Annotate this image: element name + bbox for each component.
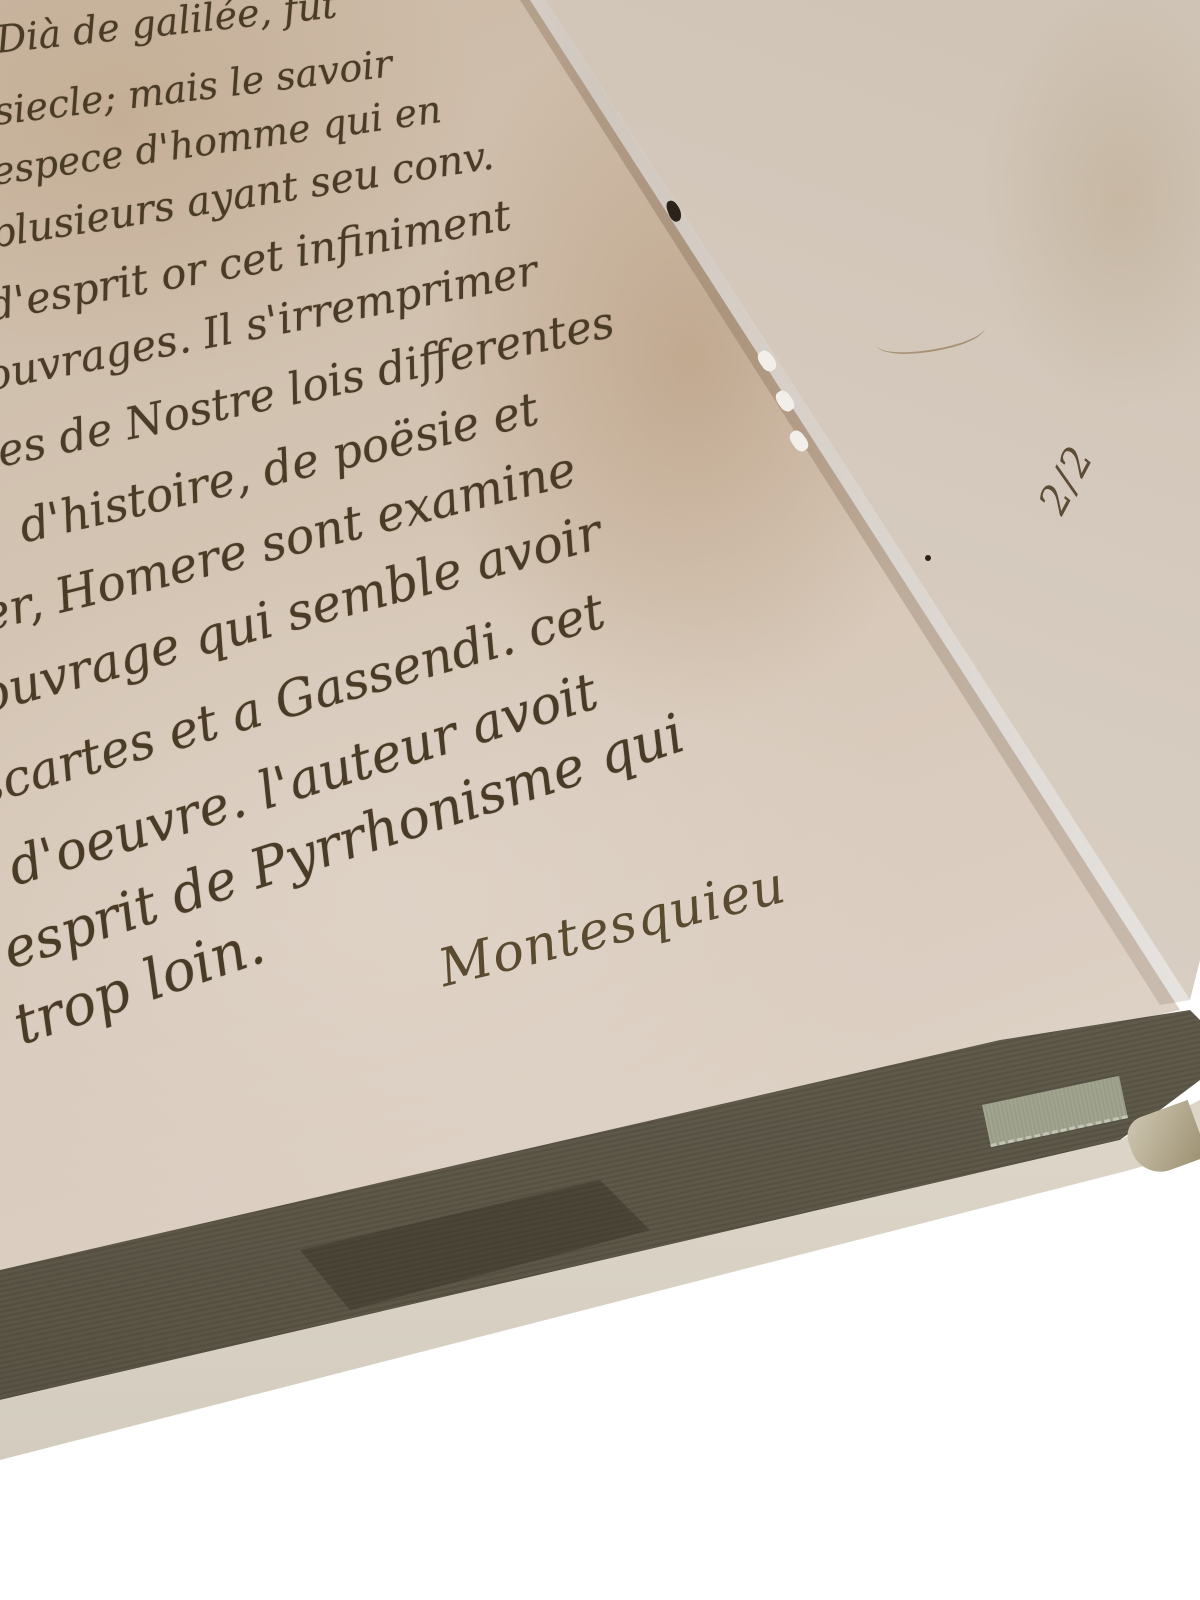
- manuscript-photo: 2/2 Dià de galilée, fut siecle; mais le …: [0, 0, 1200, 1600]
- ink-spot: [925, 555, 931, 561]
